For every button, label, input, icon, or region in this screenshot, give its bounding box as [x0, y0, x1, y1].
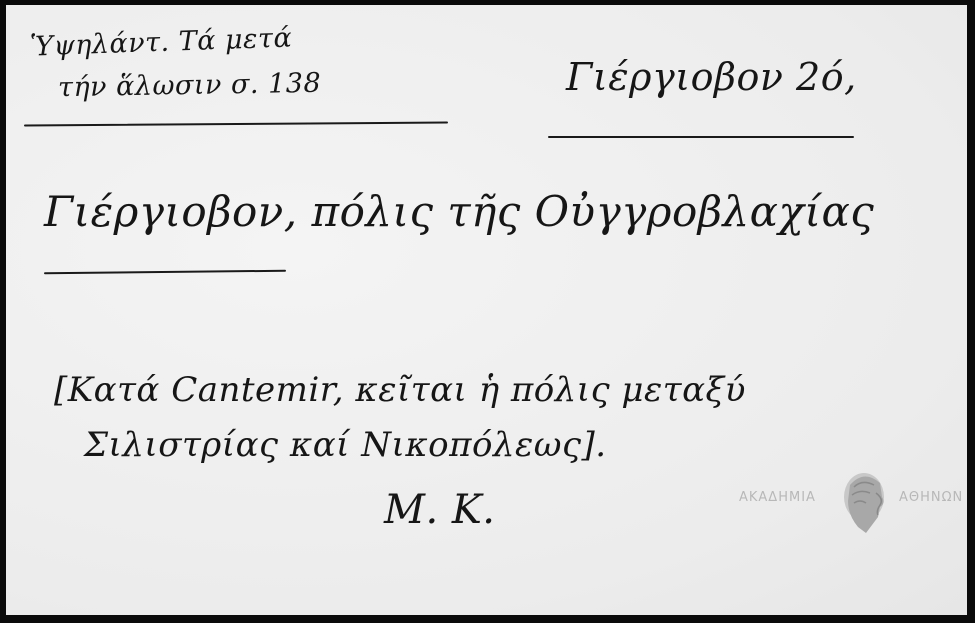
athena-head-icon	[836, 467, 896, 537]
reference-line-1: Ὑψηλάντ. Τά μετά	[30, 22, 293, 62]
watermark-right-text: ΑΘΗΝΩΝ	[899, 490, 963, 505]
reference-underline	[24, 122, 448, 127]
entry-title: Γιέργιοβον, πόλις τῆς Οὐγγροβλαχίας	[44, 187, 874, 236]
signature: Μ. Κ.	[384, 487, 495, 533]
note-line-2: Σιλιστρίας καί Νικοπόλεως].	[84, 425, 607, 465]
heading-underline	[548, 136, 854, 138]
card-heading: Γιέργιοβον 2ό,	[566, 55, 857, 99]
index-card: Ὑψηλάντ. Τά μετά τήν ἅλωσιν σ. 138 Γιέργ…	[6, 5, 967, 615]
title-underline	[44, 270, 286, 275]
reference-line-2: τήν ἅλωσιν σ. 138	[58, 68, 322, 104]
note-line-1: [Κατά Cantemir, κεῖται ἡ πόλις μεταξύ	[54, 370, 746, 410]
watermark-left-text: ΑΚΑΔΗΜΙΑ	[739, 490, 816, 505]
